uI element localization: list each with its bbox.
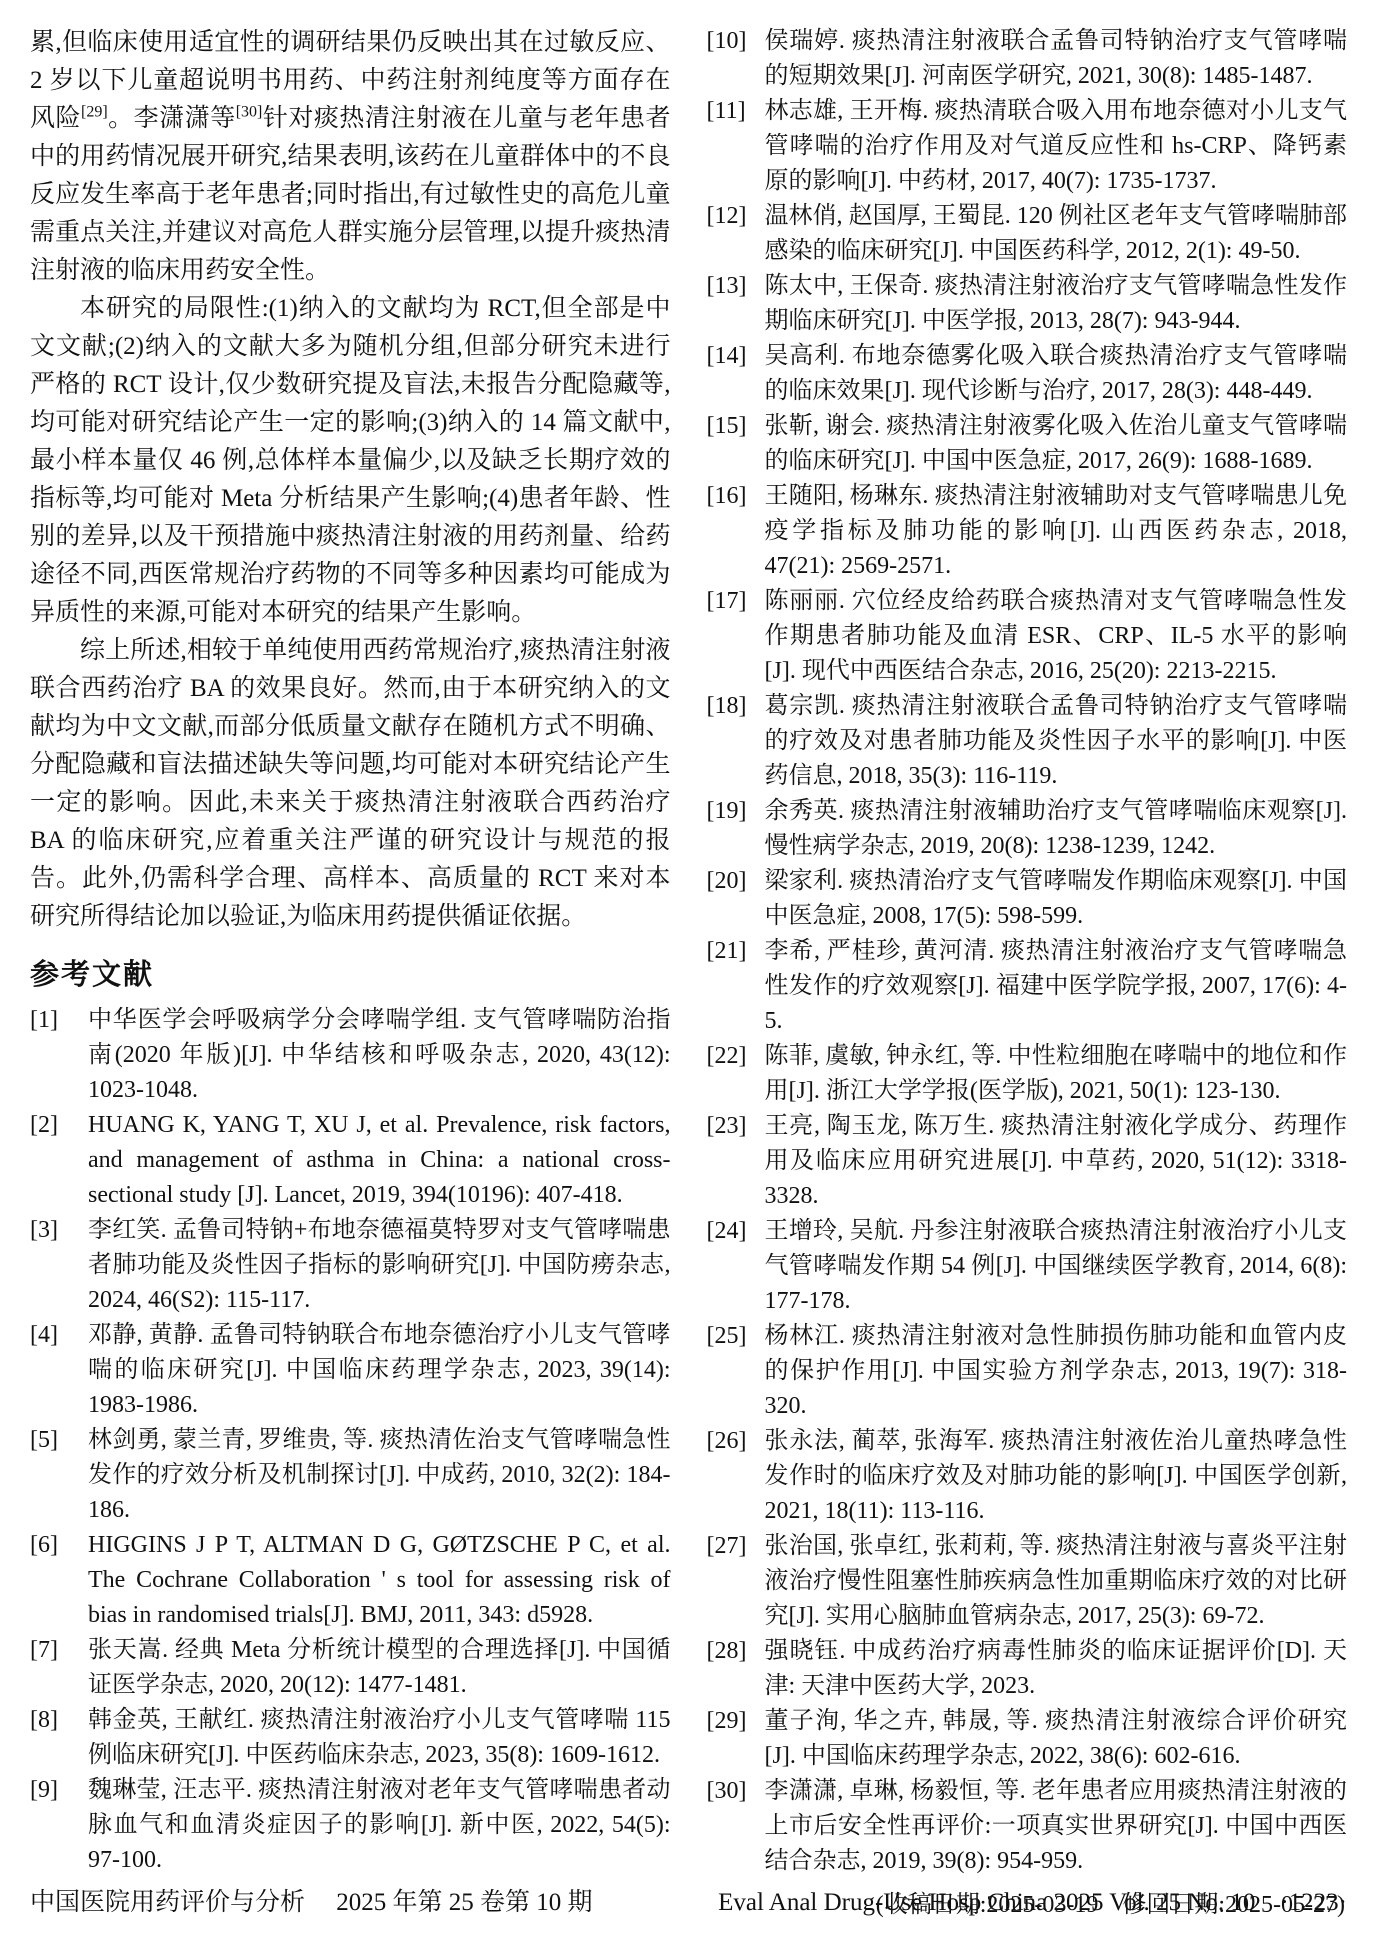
- reference-text: 张治国, 张卓红, 张莉莉, 等. 痰热清注射液与喜炎平注射液治疗慢性阻塞性肺疾…: [765, 1529, 1348, 1634]
- reference-number: [8]: [30, 1703, 88, 1773]
- reference-text: 余秀英. 痰热清注射液辅助治疗支气管哮喘临床观察[J]. 慢性病学杂志, 201…: [765, 794, 1348, 864]
- reference-number: [14]: [707, 339, 765, 409]
- reference-item: [21]李希, 严桂珍, 黄河清. 痰热清注射液治疗支气管哮喘急性发作的疗效观察…: [707, 934, 1348, 1039]
- footer-journal-name-en: Eval Anal Drug-Use Hosp China 2025 Vol. …: [718, 1882, 1347, 1918]
- reference-item: [25]杨林江. 痰热清注射液对急性肺损伤肺功能和血管内皮的保护作用[J]. 中…: [707, 1319, 1348, 1424]
- two-column-layout: 累,但临床使用适宜性的调研结果仍反映出其在过敏反应、2 岁以下儿童超说明书用药、…: [30, 24, 1347, 1923]
- reference-item: [28]强晓钰. 中成药治疗病毒性肺炎的临床证据评价[D]. 天津: 天津中医药…: [707, 1634, 1348, 1704]
- reference-item: [8]韩金英, 王献红. 痰热清注射液治疗小儿支气管哮喘 115 例临床研究[J…: [30, 1703, 671, 1773]
- reference-item: [17]陈丽丽. 穴位经皮给药联合痰热清对支气管哮喘急性发作期患者肺功能及血清 …: [707, 584, 1348, 689]
- left-column: 累,但临床使用适宜性的调研结果仍反映出其在过敏反应、2 岁以下儿童超说明书用药、…: [30, 24, 671, 1923]
- reference-number: [4]: [30, 1318, 88, 1423]
- reference-item: [1]中华医学会呼吸病学分会哮喘学组. 支气管哮喘防治指南(2020 年版)[J…: [30, 1003, 671, 1108]
- reference-number: [29]: [707, 1704, 765, 1774]
- reference-number: [30]: [707, 1774, 765, 1879]
- page-footer: 中国医院用药评价与分析 2025 年第 25 卷第 10 期 Eval Anal…: [30, 1882, 1347, 1918]
- reference-text: 王随阳, 杨琳东. 痰热清注射液辅助对支气管哮喘患儿免疫学指标及肺功能的影响[J…: [765, 479, 1348, 584]
- citation-superscript: [29]: [81, 104, 108, 121]
- reference-text: 张靳, 谢会. 痰热清注射液雾化吸入佐治儿童支气管哮喘的临床研究[J]. 中国中…: [765, 409, 1348, 479]
- reference-text: 侯瑞婷. 痰热清注射液联合孟鲁司特钠治疗支气管哮喘的短期效果[J]. 河南医学研…: [765, 24, 1348, 94]
- reference-item: [3]李红笑. 孟鲁司特钠+布地奈德福莫特罗对支气管哮喘患者肺功能及炎性因子指标…: [30, 1213, 671, 1318]
- reference-number: [2]: [30, 1108, 88, 1213]
- reference-number: [21]: [707, 934, 765, 1039]
- reference-item: [2]HUANG K, YANG T, XU J, et al. Prevale…: [30, 1108, 671, 1213]
- reference-number: [24]: [707, 1214, 765, 1319]
- reference-text: 魏琳莹, 汪志平. 痰热清注射液对老年支气管哮喘患者动脉血气和血清炎症因子的影响…: [88, 1773, 671, 1878]
- reference-number: [28]: [707, 1634, 765, 1704]
- reference-text: 张永法, 蔺萃, 张海军. 痰热清注射液佐治儿童热哮急性发作时的临床疗效及对肺功…: [765, 1424, 1348, 1529]
- reference-item: [18]葛宗凯. 痰热清注射液联合孟鲁司特钠治疗支气管哮喘的疗效及对患者肺功能及…: [707, 689, 1348, 794]
- reference-number: [15]: [707, 409, 765, 479]
- reference-item: [24]王增玲, 吴航. 丹参注射液联合痰热清注射液治疗小儿支气管哮喘发作期 5…: [707, 1214, 1348, 1319]
- reference-item: [19]余秀英. 痰热清注射液辅助治疗支气管哮喘临床观察[J]. 慢性病学杂志,…: [707, 794, 1348, 864]
- reference-item: [23]王亮, 陶玉龙, 陈万生. 痰热清注射液化学成分、药理作用及临床应用研究…: [707, 1109, 1348, 1214]
- discussion-paragraphs: 累,但临床使用适宜性的调研结果仍反映出其在过敏反应、2 岁以下儿童超说明书用药、…: [30, 24, 671, 936]
- reference-text: 董子洵, 华之卉, 韩晟, 等. 痰热清注射液综合评价研究[J]. 中国临床药理…: [765, 1704, 1348, 1774]
- reference-text: 中华医学会呼吸病学分会哮喘学组. 支气管哮喘防治指南(2020 年版)[J]. …: [88, 1003, 671, 1108]
- reference-number: [12]: [707, 199, 765, 269]
- reference-text: HIGGINS J P T, ALTMAN D G, GØTZSCHE P C,…: [88, 1528, 671, 1633]
- reference-item: [7]张天嵩. 经典 Meta 分析统计模型的合理选择[J]. 中国循证医学杂志…: [30, 1633, 671, 1703]
- reference-number: [6]: [30, 1528, 88, 1633]
- reference-item: [16]王随阳, 杨琳东. 痰热清注射液辅助对支气管哮喘患儿免疫学指标及肺功能的…: [707, 479, 1348, 584]
- body-paragraph: 累,但临床使用适宜性的调研结果仍反映出其在过敏反应、2 岁以下儿童超说明书用药、…: [30, 24, 671, 290]
- reference-item: [26]张永法, 蔺萃, 张海军. 痰热清注射液佐治儿童热哮急性发作时的临床疗效…: [707, 1424, 1348, 1529]
- reference-text: 韩金英, 王献红. 痰热清注射液治疗小儿支气管哮喘 115 例临床研究[J]. …: [88, 1703, 671, 1773]
- reference-text: 温林俏, 赵国厚, 王蜀昆. 120 例社区老年支气管哮喘肺部感染的临床研究[J…: [765, 199, 1348, 269]
- reference-text: 吴高利. 布地奈德雾化吸入联合痰热清治疗支气管哮喘的临床效果[J]. 现代诊断与…: [765, 339, 1348, 409]
- citation-superscript: [30]: [236, 104, 263, 121]
- reference-item: [11]林志雄, 王开梅. 痰热清联合吸入用布地奈德对小儿支气管哮喘的治疗作用及…: [707, 94, 1348, 199]
- references-list-left: [1]中华医学会呼吸病学分会哮喘学组. 支气管哮喘防治指南(2020 年版)[J…: [30, 1003, 671, 1878]
- reference-item: [10]侯瑞婷. 痰热清注射液联合孟鲁司特钠治疗支气管哮喘的短期效果[J]. 河…: [707, 24, 1348, 94]
- reference-number: [27]: [707, 1529, 765, 1634]
- reference-text: 王亮, 陶玉龙, 陈万生. 痰热清注射液化学成分、药理作用及临床应用研究进展[J…: [765, 1109, 1348, 1214]
- reference-number: [10]: [707, 24, 765, 94]
- reference-item: [13]陈太中, 王保奇. 痰热清注射液治疗支气管哮喘急性发作期临床研究[J].…: [707, 269, 1348, 339]
- reference-item: [30]李潇潇, 卓琳, 杨毅恒, 等. 老年患者应用痰热清注射液的上市后安全性…: [707, 1774, 1348, 1879]
- reference-item: [5]林剑勇, 蒙兰青, 罗维贵, 等. 痰热清佐治支气管哮喘急性发作的疗效分析…: [30, 1423, 671, 1528]
- reference-number: [22]: [707, 1039, 765, 1109]
- reference-item: [15]张靳, 谢会. 痰热清注射液雾化吸入佐治儿童支气管哮喘的临床研究[J].…: [707, 409, 1348, 479]
- body-paragraph: 综上所述,相较于单纯使用西药常规治疗,痰热清注射液联合西药治疗 BA 的效果良好…: [30, 632, 671, 936]
- reference-number: [9]: [30, 1773, 88, 1878]
- reference-item: [6]HIGGINS J P T, ALTMAN D G, GØTZSCHE P…: [30, 1528, 671, 1633]
- right-column: [10]侯瑞婷. 痰热清注射液联合孟鲁司特钠治疗支气管哮喘的短期效果[J]. 河…: [707, 24, 1348, 1923]
- reference-item: [20]梁家利. 痰热清治疗支气管哮喘发作期临床观察[J]. 中国中医急症, 2…: [707, 864, 1348, 934]
- reference-text: 杨林江. 痰热清注射液对急性肺损伤肺功能和血管内皮的保护作用[J]. 中国实验方…: [765, 1319, 1348, 1424]
- reference-text: 李红笑. 孟鲁司特钠+布地奈德福莫特罗对支气管哮喘患者肺功能及炎性因子指标的影响…: [88, 1213, 671, 1318]
- reference-item: [12]温林俏, 赵国厚, 王蜀昆. 120 例社区老年支气管哮喘肺部感染的临床…: [707, 199, 1348, 269]
- reference-number: [16]: [707, 479, 765, 584]
- reference-number: [19]: [707, 794, 765, 864]
- paragraph-text: 综上所述,相较于单纯使用西药常规治疗,痰热清注射液联合西药治疗 BA 的效果良好…: [30, 637, 671, 930]
- reference-text: 李希, 严桂珍, 黄河清. 痰热清注射液治疗支气管哮喘急性发作的疗效观察[J].…: [765, 934, 1348, 1039]
- reference-number: [25]: [707, 1319, 765, 1424]
- paragraph-text: 本研究的局限性:(1)纳入的文献均为 RCT,但全部是中文文献;(2)纳入的文献…: [30, 295, 671, 626]
- references-heading: 参考文献: [30, 952, 671, 993]
- reference-item: [29]董子洵, 华之卉, 韩晟, 等. 痰热清注射液综合评价研究[J]. 中国…: [707, 1704, 1348, 1774]
- references-list-right: [10]侯瑞婷. 痰热清注射液联合孟鲁司特钠治疗支气管哮喘的短期效果[J]. 河…: [707, 24, 1348, 1879]
- reference-text: 陈丽丽. 穴位经皮给药联合痰热清对支气管哮喘急性发作期患者肺功能及血清 ESR、…: [765, 584, 1348, 689]
- reference-text: 王增玲, 吴航. 丹参注射液联合痰热清注射液治疗小儿支气管哮喘发作期 54 例[…: [765, 1214, 1348, 1319]
- reference-text: 陈太中, 王保奇. 痰热清注射液治疗支气管哮喘急性发作期临床研究[J]. 中医学…: [765, 269, 1348, 339]
- reference-item: [22]陈菲, 虞敏, 钟永红, 等. 中性粒细胞在哮喘中的地位和作用[J]. …: [707, 1039, 1348, 1109]
- journal-page: 累,但临床使用适宜性的调研结果仍反映出其在过敏反应、2 岁以下儿童超说明书用药、…: [0, 0, 1375, 1940]
- reference-number: [3]: [30, 1213, 88, 1318]
- reference-text: 张天嵩. 经典 Meta 分析统计模型的合理选择[J]. 中国循证医学杂志, 2…: [88, 1633, 671, 1703]
- reference-text: 李潇潇, 卓琳, 杨毅恒, 等. 老年患者应用痰热清注射液的上市后安全性再评价:…: [765, 1774, 1348, 1879]
- reference-text: 葛宗凯. 痰热清注射液联合孟鲁司特钠治疗支气管哮喘的疗效及对患者肺功能及炎性因子…: [765, 689, 1348, 794]
- reference-number: [11]: [707, 94, 765, 199]
- reference-number: [18]: [707, 689, 765, 794]
- reference-text: 梁家利. 痰热清治疗支气管哮喘发作期临床观察[J]. 中国中医急症, 2008,…: [765, 864, 1348, 934]
- reference-number: [1]: [30, 1003, 88, 1108]
- reference-text: HUANG K, YANG T, XU J, et al. Prevalence…: [88, 1108, 671, 1213]
- reference-text: 邓静, 黄静. 孟鲁司特钠联合布地奈德治疗小儿支气管哮喘的临床研究[J]. 中国…: [88, 1318, 671, 1423]
- reference-text: 林剑勇, 蒙兰青, 罗维贵, 等. 痰热清佐治支气管哮喘急性发作的疗效分析及机制…: [88, 1423, 671, 1528]
- reference-item: [4]邓静, 黄静. 孟鲁司特钠联合布地奈德治疗小儿支气管哮喘的临床研究[J].…: [30, 1318, 671, 1423]
- reference-text: 林志雄, 王开梅. 痰热清联合吸入用布地奈德对小儿支气管哮喘的治疗作用及对气道反…: [765, 94, 1348, 199]
- reference-item: [14]吴高利. 布地奈德雾化吸入联合痰热清治疗支气管哮喘的临床效果[J]. 现…: [707, 339, 1348, 409]
- reference-item: [9]魏琳莹, 汪志平. 痰热清注射液对老年支气管哮喘患者动脉血气和血清炎症因子…: [30, 1773, 671, 1878]
- reference-number: [13]: [707, 269, 765, 339]
- footer-journal-name-cn: 中国医院用药评价与分析 2025 年第 25 卷第 10 期: [30, 1882, 593, 1918]
- body-paragraph: 本研究的局限性:(1)纳入的文献均为 RCT,但全部是中文文献;(2)纳入的文献…: [30, 290, 671, 632]
- reference-text: 陈菲, 虞敏, 钟永红, 等. 中性粒细胞在哮喘中的地位和作用[J]. 浙江大学…: [765, 1039, 1348, 1109]
- reference-number: [5]: [30, 1423, 88, 1528]
- reference-item: [27]张治国, 张卓红, 张莉莉, 等. 痰热清注射液与喜炎平注射液治疗慢性阻…: [707, 1529, 1348, 1634]
- reference-number: [23]: [707, 1109, 765, 1214]
- reference-text: 强晓钰. 中成药治疗病毒性肺炎的临床证据评价[D]. 天津: 天津中医药大学, …: [765, 1634, 1348, 1704]
- paragraph-text: 。李潇潇等: [108, 105, 236, 132]
- reference-number: [17]: [707, 584, 765, 689]
- reference-number: [7]: [30, 1633, 88, 1703]
- reference-number: [20]: [707, 864, 765, 934]
- reference-number: [26]: [707, 1424, 765, 1529]
